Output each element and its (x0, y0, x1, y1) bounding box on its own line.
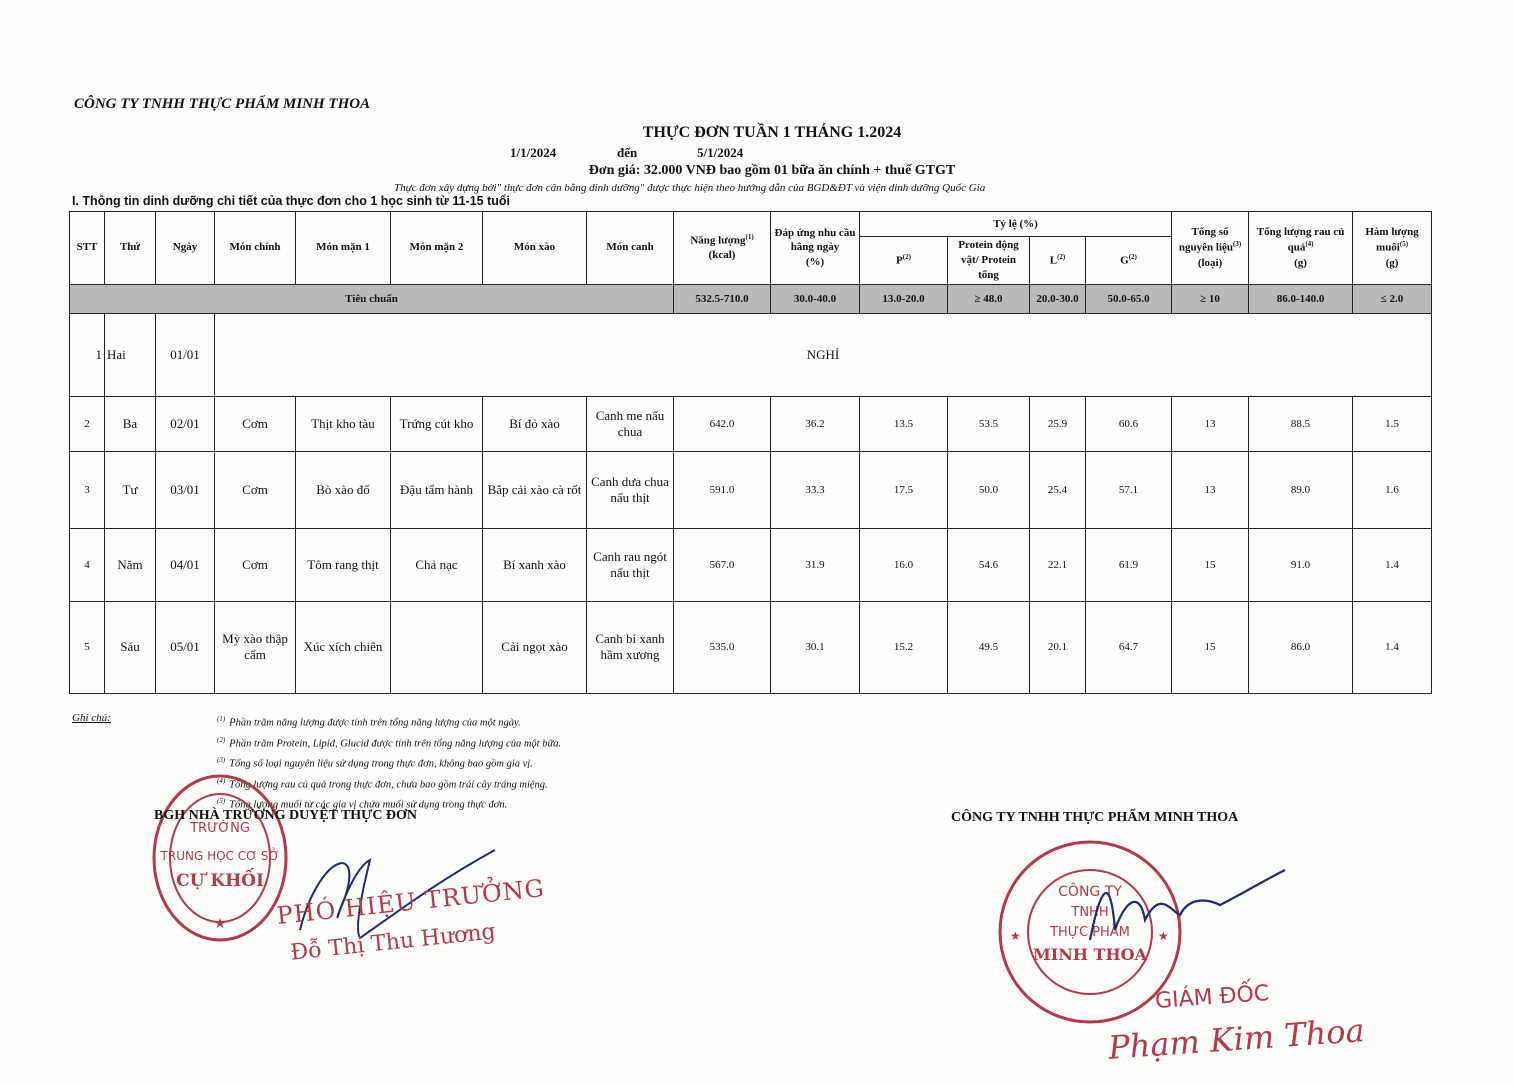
note-item: (2)Phần trăm Protein, Lipid, Glucid được… (217, 732, 561, 753)
cell-ngay: 04/01 (156, 528, 215, 601)
cell-tong-so-nl: 13 (1172, 451, 1249, 528)
col-ngay: Ngày (156, 212, 215, 285)
col-ham-luong-muoi: Hàm lượng muối(5) (g) (1353, 212, 1432, 285)
cell-rau-cu-qua: 91.0 (1249, 528, 1353, 601)
cell-tong-so-nl: 13 (1172, 396, 1249, 451)
col-p: P(2) (860, 237, 948, 285)
company-sign-title: CÔNG TY TNHH THỰC PHẨM MINH THOA (951, 810, 1238, 826)
std-tong-so-nl: ≥ 10 (1172, 284, 1249, 313)
cell-nang-luong: 642.0 (674, 396, 771, 451)
cell-mon-xao: Bắp cải xào cà rốt (483, 451, 587, 528)
col-dap-ung: Đáp ứng nhu cầu hằng ngày(%) (771, 212, 860, 285)
std-nang-luong: 532.5-710.0 (674, 284, 771, 313)
std-g: 50.0-65.0 (1086, 284, 1172, 313)
star-icon: ★ (1010, 929, 1021, 943)
cell-thu: Năm (105, 528, 156, 601)
cell-muoi: 1.6 (1353, 451, 1432, 528)
col-rau-cu-qua: Tổng lượng rau củ quả(4) (g) (1249, 212, 1353, 285)
cell-tong-so-nl: 15 (1172, 528, 1249, 601)
col-nang-luong: Năng lượng(1) (kcal) (674, 212, 771, 285)
std-muoi: ≤ 2.0 (1353, 284, 1432, 313)
built-by-note: Thực đơn xây dựng bởi" thực đơn cân bằng… (394, 182, 985, 194)
cell-mon-man-2: Trứng cút kho (391, 396, 483, 451)
cell-rau-cu-qua: 88.5 (1249, 396, 1353, 451)
table-row: 2Ba02/01CơmThịt kho tàuTrứng cút khoBí đ… (70, 396, 1432, 451)
cell-thu: Tư (105, 451, 156, 528)
std-l: 20.0-30.0 (1030, 284, 1086, 313)
cell-p: 17.5 (860, 451, 948, 528)
table-row: 4Năm04/01CơmTôm rang thịtChả nạcBí xanh … (70, 528, 1432, 601)
std-rau-cu-qua: 86.0-140.0 (1249, 284, 1353, 313)
cell-l: 20.1 (1030, 601, 1086, 693)
cell-p: 16.0 (860, 528, 948, 601)
company-name-header: CÔNG TY TNHH THỰC PHẨM MINH THOA (74, 96, 370, 113)
cell-mon-canh: Canh rau ngót nấu thịt (587, 528, 674, 601)
date-from: 1/1/2024 (510, 145, 556, 161)
cell-l: 25.9 (1030, 396, 1086, 451)
cell-protein-dv: 49.5 (948, 601, 1030, 693)
cell-stt: 5 (70, 601, 105, 693)
cell-mon-canh: Canh me nấu chua (587, 396, 674, 451)
cell-p: 13.5 (860, 396, 948, 451)
notes-label: Ghi chú: (72, 712, 111, 724)
cell-protein-dv: 50.0 (948, 451, 1030, 528)
col-g: G(2) (1086, 237, 1172, 285)
col-l: L(2) (1030, 237, 1086, 285)
col-tong-so-nguyen-lieu: Tổng số nguyên liệu(3) (loại) (1172, 212, 1249, 285)
cell-g: 57.1 (1086, 451, 1172, 528)
cell-mon-xao: Bí xanh xào (483, 528, 587, 601)
cell-l: 22.1 (1030, 528, 1086, 601)
cell-muoi: 1.5 (1353, 396, 1432, 451)
cell-dap-ung: 31.9 (771, 528, 860, 601)
standard-row: Tiêu chuẩn 532.5-710.0 30.0-40.0 13.0-20… (70, 284, 1432, 313)
cell-protein-dv: 53.5 (948, 396, 1030, 451)
std-protein-dv: ≥ 48.0 (948, 284, 1030, 313)
col-mon-man-2: Món mặn 2 (391, 212, 483, 285)
cell-l: 25.4 (1030, 451, 1086, 528)
table-row: 1 Hai 01/01 NGHỈ (70, 313, 1432, 396)
cell-ngay: 01/01 (156, 313, 215, 396)
cell-thu: Hai (105, 313, 156, 396)
signature-scribble-right (1070, 860, 1290, 950)
stamp-line: CỰ KHỐI (176, 868, 264, 891)
price-line: Đơn giá: 32.000 VNĐ bao gồm 01 bữa ăn ch… (0, 163, 1514, 179)
cell-mon-man-1: Tôm rang thịt (296, 528, 391, 601)
cell-ngay: 03/01 (156, 451, 215, 528)
cell-dap-ung: 30.1 (771, 601, 860, 693)
cell-ngay: 02/01 (156, 396, 215, 451)
cell-g: 61.9 (1086, 528, 1172, 601)
col-mon-chinh: Món chính (215, 212, 296, 285)
cell-muoi: 1.4 (1353, 601, 1432, 693)
cell-stt: 1 (70, 313, 105, 396)
cell-muoi: 1.4 (1353, 528, 1432, 601)
cell-dap-ung: 36.2 (771, 396, 860, 451)
cell-mon-chinh: Cơm (215, 528, 296, 601)
col-stt: STT (70, 212, 105, 285)
cell-g: 64.7 (1086, 601, 1172, 693)
cell-stt: 3 (70, 451, 105, 528)
table-row: 5Sáu05/01Mỳ xào thập cẩmXúc xích chiênCả… (70, 601, 1432, 693)
cell-mon-chinh: Cơm (215, 451, 296, 528)
school-approval-title: BGH NHÀ TRƯỜNG DUYỆT THỰC ĐƠN (154, 808, 417, 824)
cell-off-day: NGHỈ (215, 313, 1432, 396)
section-title: I. Thông tin dinh dưỡng chi tiết của thự… (72, 194, 510, 208)
cell-mon-xao: Cải ngọt xào (483, 601, 587, 693)
cell-rau-cu-qua: 89.0 (1249, 451, 1353, 528)
cell-tong-so-nl: 15 (1172, 601, 1249, 693)
col-group-ty-le: Tỷ lệ (%) (860, 212, 1172, 237)
header-row: STT Thứ Ngày Món chính Món mặn 1 Món mặn… (70, 212, 1432, 237)
col-thu: Thứ (105, 212, 156, 285)
cell-rau-cu-qua: 86.0 (1249, 601, 1353, 693)
cell-mon-canh: Canh bí xanh hầm xương (587, 601, 674, 693)
cell-thu: Sáu (105, 601, 156, 693)
cell-mon-man-2: Chả nạc (391, 528, 483, 601)
cell-dap-ung: 33.3 (771, 451, 860, 528)
cell-stt: 2 (70, 396, 105, 451)
date-to: 5/1/2024 (697, 145, 743, 161)
cell-mon-man-1: Thịt kho tàu (296, 396, 391, 451)
note-item: (1)Phần trăm năng lượng được tính trên t… (217, 711, 561, 732)
cell-g: 60.6 (1086, 396, 1172, 451)
cell-mon-canh: Canh dưa chua nấu thịt (587, 451, 674, 528)
cell-p: 15.2 (860, 601, 948, 693)
nutrition-menu-table: STT Thứ Ngày Món chính Món mặn 1 Món mặn… (69, 211, 1432, 694)
cell-mon-man-1: Xúc xích chiên (296, 601, 391, 693)
cell-mon-man-2 (391, 601, 483, 693)
col-mon-xao: Món xào (483, 212, 587, 285)
cell-mon-man-2: Đậu tẩm hành (391, 451, 483, 528)
std-dap-ung: 30.0-40.0 (771, 284, 860, 313)
cell-stt: 4 (70, 528, 105, 601)
table-row: 3Tư03/01CơmBò xào đốĐậu tẩm hànhBắp cải … (70, 451, 1432, 528)
document-title: THỰC ĐƠN TUẦN 1 THÁNG 1.2024 (0, 124, 1514, 142)
col-mon-man-1: Món mặn 1 (296, 212, 391, 285)
cell-nang-luong: 591.0 (674, 451, 771, 528)
date-to-label: đến (617, 145, 637, 161)
cell-protein-dv: 54.6 (948, 528, 1030, 601)
std-p: 13.0-20.0 (860, 284, 948, 313)
cell-nang-luong: 535.0 (674, 601, 771, 693)
col-mon-canh: Món canh (587, 212, 674, 285)
cell-nang-luong: 567.0 (674, 528, 771, 601)
cell-mon-chinh: Cơm (215, 396, 296, 451)
cell-mon-chinh: Mỳ xào thập cẩm (215, 601, 296, 693)
cell-ngay: 05/01 (156, 601, 215, 693)
cell-mon-xao: Bí đỏ xào (483, 396, 587, 451)
standard-label: Tiêu chuẩn (70, 284, 674, 313)
cell-thu: Ba (105, 396, 156, 451)
cell-mon-man-1: Bò xào đố (296, 451, 391, 528)
col-protein-dong-vat: Protein động vật/ Protein tổng (948, 237, 1030, 285)
star-icon: ★ (214, 917, 227, 932)
note-item: (3)Tổng số loại nguyên liệu sử dụng tron… (217, 752, 561, 773)
